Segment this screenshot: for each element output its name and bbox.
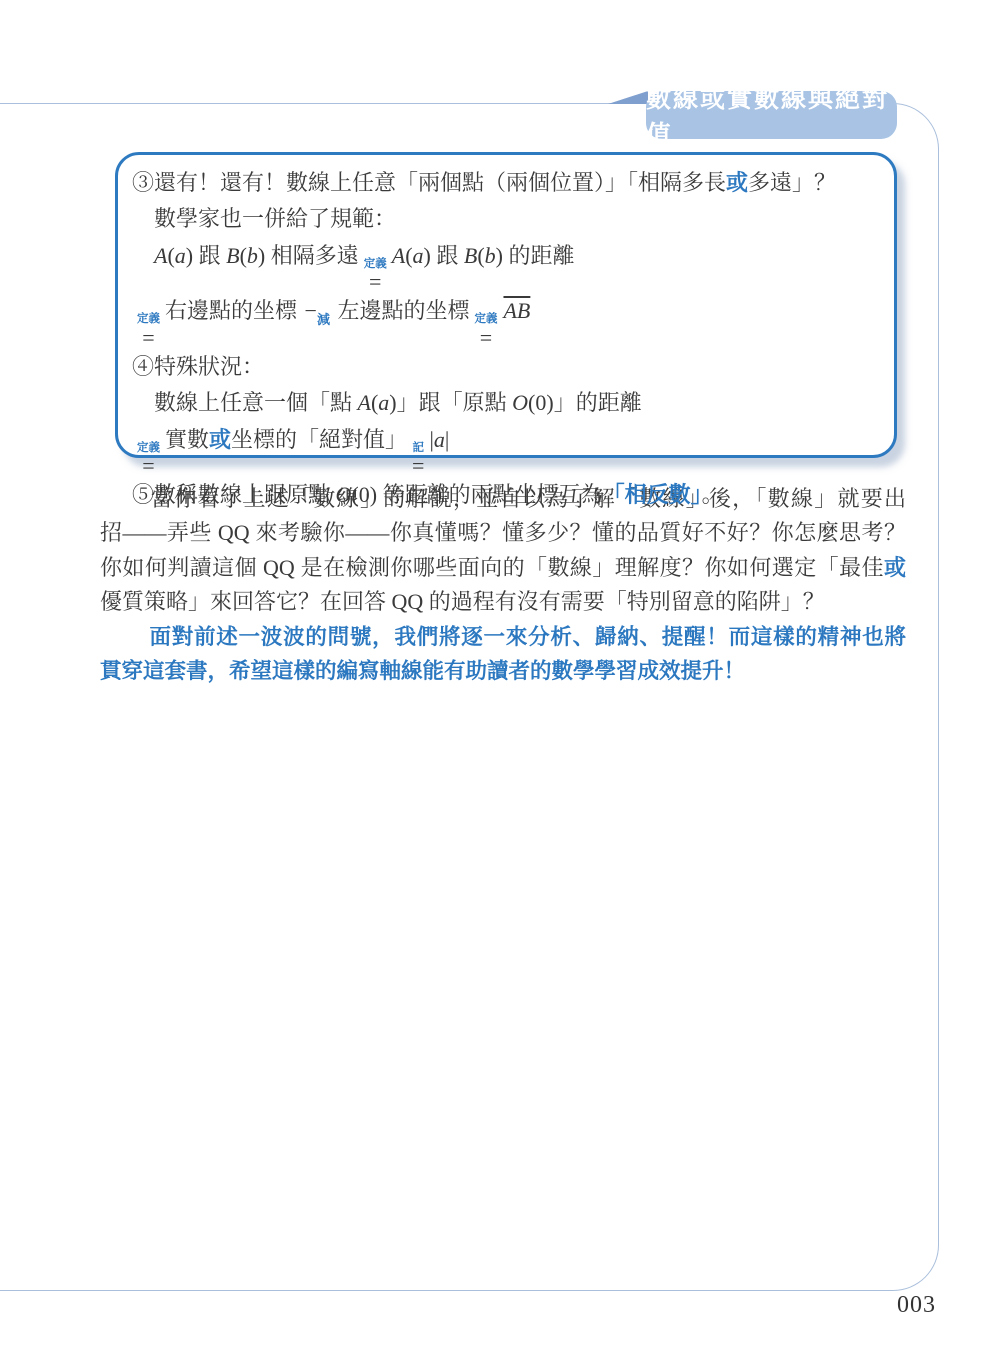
text-segment: A xyxy=(358,390,371,415)
text-line: 你如何判讀這個 QQ 是在檢測你哪些面向的「數線」理解度？你如何選定「最佳或 xyxy=(100,551,906,585)
text-line: 定義=實數或坐標的「絕對值」記=|a| xyxy=(132,422,876,478)
chapter-tab-label: 數線或實數線與絕對值 xyxy=(646,79,897,151)
text-segment: 貫穿這套書，希望這樣的編寫軸線能有助讀者的數學學習成效提升！ xyxy=(100,659,745,683)
text-segment: QQ xyxy=(263,555,295,580)
text-segment: 優質策略」來回答它？在回答 xyxy=(100,589,392,614)
paragraph-promise: 面對前述一波波的問號，我們將逐一來分析、歸納、提醒！而這樣的精神也將貫穿這套書，… xyxy=(100,620,906,689)
text-segment: A xyxy=(392,243,405,268)
text-line: 數學家也一併給了規範： xyxy=(132,201,876,237)
text-segment: | xyxy=(445,427,449,452)
text-segment: 跟 xyxy=(436,243,464,268)
text-segment: B xyxy=(226,243,239,268)
text-segment: ) xyxy=(389,390,396,415)
text-line: ④特殊狀況： xyxy=(132,349,876,385)
text-segment: 是在檢測你哪些面向的「數線」理解度？你如何選定「最佳 xyxy=(295,555,884,580)
text-segment: b xyxy=(485,243,496,268)
text-segment: A xyxy=(154,243,167,268)
definition-box: ③還有！還有！數線上任意「兩個點（兩個位置）」「相隔多長或多遠」？數學家也一併給… xyxy=(115,152,897,458)
tab-fold-ribbon xyxy=(608,91,648,104)
page: { "header": { "tab_label": "數線或實數線與絕對值" … xyxy=(0,0,1000,1353)
text-segment: 實數 xyxy=(165,427,209,452)
text-line: 面對前述一波波的問號，我們將逐一來分析、歸納、提醒！而這樣的精神也將 xyxy=(100,620,906,654)
text-line: 貫穿這套書，希望這樣的編寫軸線能有助讀者的數學學習成效提升！ xyxy=(100,654,906,688)
text-line: 優質策略」來回答它？在回答 QQ 的過程有沒有需要「特別留意的陷阱」？ xyxy=(100,585,906,619)
text-segment: ⑤數稱數線上跟原點 xyxy=(132,482,336,507)
text-segment: O xyxy=(512,390,528,415)
minus-with-note: −減 xyxy=(305,298,330,323)
text-line: 定義=右邊點的坐標 −減 左邊點的坐標定義=AB xyxy=(132,293,876,349)
text-segment: ( xyxy=(477,243,484,268)
text-segment: ( xyxy=(167,243,174,268)
text-line: ⑤數稱數線上跟原點 O(0) 等距離的兩點坐標互為「相反數」。 xyxy=(132,477,876,513)
text-segment: O xyxy=(336,482,352,507)
text-segment: 數學家也一併給了規範： xyxy=(154,206,396,231)
segment-overline: AB xyxy=(502,298,531,323)
text-segment: 或 xyxy=(884,555,906,580)
text-segment: a xyxy=(413,243,424,268)
text-segment: ) xyxy=(424,243,437,268)
text-segment: 或 xyxy=(209,427,231,452)
page-number: 003 xyxy=(897,1292,947,1319)
text-segment: 等距離的兩點坐標互為 xyxy=(377,482,603,507)
text-segment: 右邊點的坐標 xyxy=(165,298,303,323)
text-segment: 的過程有沒有需要「特別留意的陷阱」？ xyxy=(423,589,825,614)
text-segment: ③還有！還有！數線上任意「兩個點（兩個位置）」「相隔多長 xyxy=(132,170,726,195)
text-segment: 你如何判讀這個 xyxy=(100,555,263,580)
text-segment: 左邊點的坐標 xyxy=(332,298,470,323)
text-line: ③還有！還有！數線上任意「兩個點（兩個位置）」「相隔多長或多遠」？ xyxy=(132,165,876,201)
text-segment: ④特殊狀況： xyxy=(132,354,264,379)
text-segment: a xyxy=(175,243,186,268)
text-segment: (0) xyxy=(351,482,377,507)
text-segment: 多遠」？ xyxy=(748,170,836,195)
text-segment: 招——弄些 xyxy=(100,520,218,545)
text-segment: B xyxy=(464,243,477,268)
text-segment: (0) xyxy=(528,390,554,415)
text-segment: a xyxy=(378,390,389,415)
text-segment: 坐標的「絕對值」 xyxy=(231,427,407,452)
text-line: 招——弄些 QQ 來考驗你——你真懂嗎？懂多少？懂的品質好不好？你怎麼思考？ xyxy=(100,516,906,550)
text-line: A(a) 跟 B(b) 相隔多遠定義=A(a) 跟 B(b) 的距離 xyxy=(132,238,876,294)
text-segment: 面對前述一波波的問號，我們將逐一來分析、歸納、提醒！而這樣的精神也將 xyxy=(149,625,906,649)
text-segment: 的距離 xyxy=(508,243,574,268)
text-segment: 」的距離 xyxy=(554,390,642,415)
defined-equals: 定義= xyxy=(137,443,160,478)
text-segment: ( xyxy=(405,243,412,268)
defined-equals: 定義= xyxy=(364,259,387,294)
text-segment: 跟 xyxy=(199,243,227,268)
text-segment: 。 xyxy=(702,482,724,507)
text-segment: 」跟「原點 xyxy=(397,390,513,415)
text-segment: 相隔多遠 xyxy=(271,243,359,268)
defined-equals: 定義= xyxy=(474,314,497,349)
text-segment: 數線上任意一個「點 xyxy=(154,390,358,415)
text-segment: QQ xyxy=(392,589,424,614)
defined-equals: 記= xyxy=(412,443,424,478)
text-segment: 「相反數」 xyxy=(603,482,702,507)
text-segment: b xyxy=(247,243,258,268)
text-segment: QQ xyxy=(218,520,250,545)
chapter-tab: 數線或實數線與絕對值 xyxy=(646,91,897,139)
defined-equals: 定義= xyxy=(137,314,160,349)
text-segment: 或 xyxy=(726,170,748,195)
text-segment: ( xyxy=(240,243,247,268)
text-segment: ) xyxy=(186,243,199,268)
text-line: 數線上任意一個「點 A(a)」跟「原點 O(0)」的距離 xyxy=(132,385,876,421)
text-segment: ) xyxy=(496,243,509,268)
text-segment: a xyxy=(434,427,445,452)
text-segment: 來考驗你——你真懂嗎？懂多少？懂的品質好不好？你怎麼思考？ xyxy=(250,520,906,545)
text-segment: ) xyxy=(258,243,271,268)
